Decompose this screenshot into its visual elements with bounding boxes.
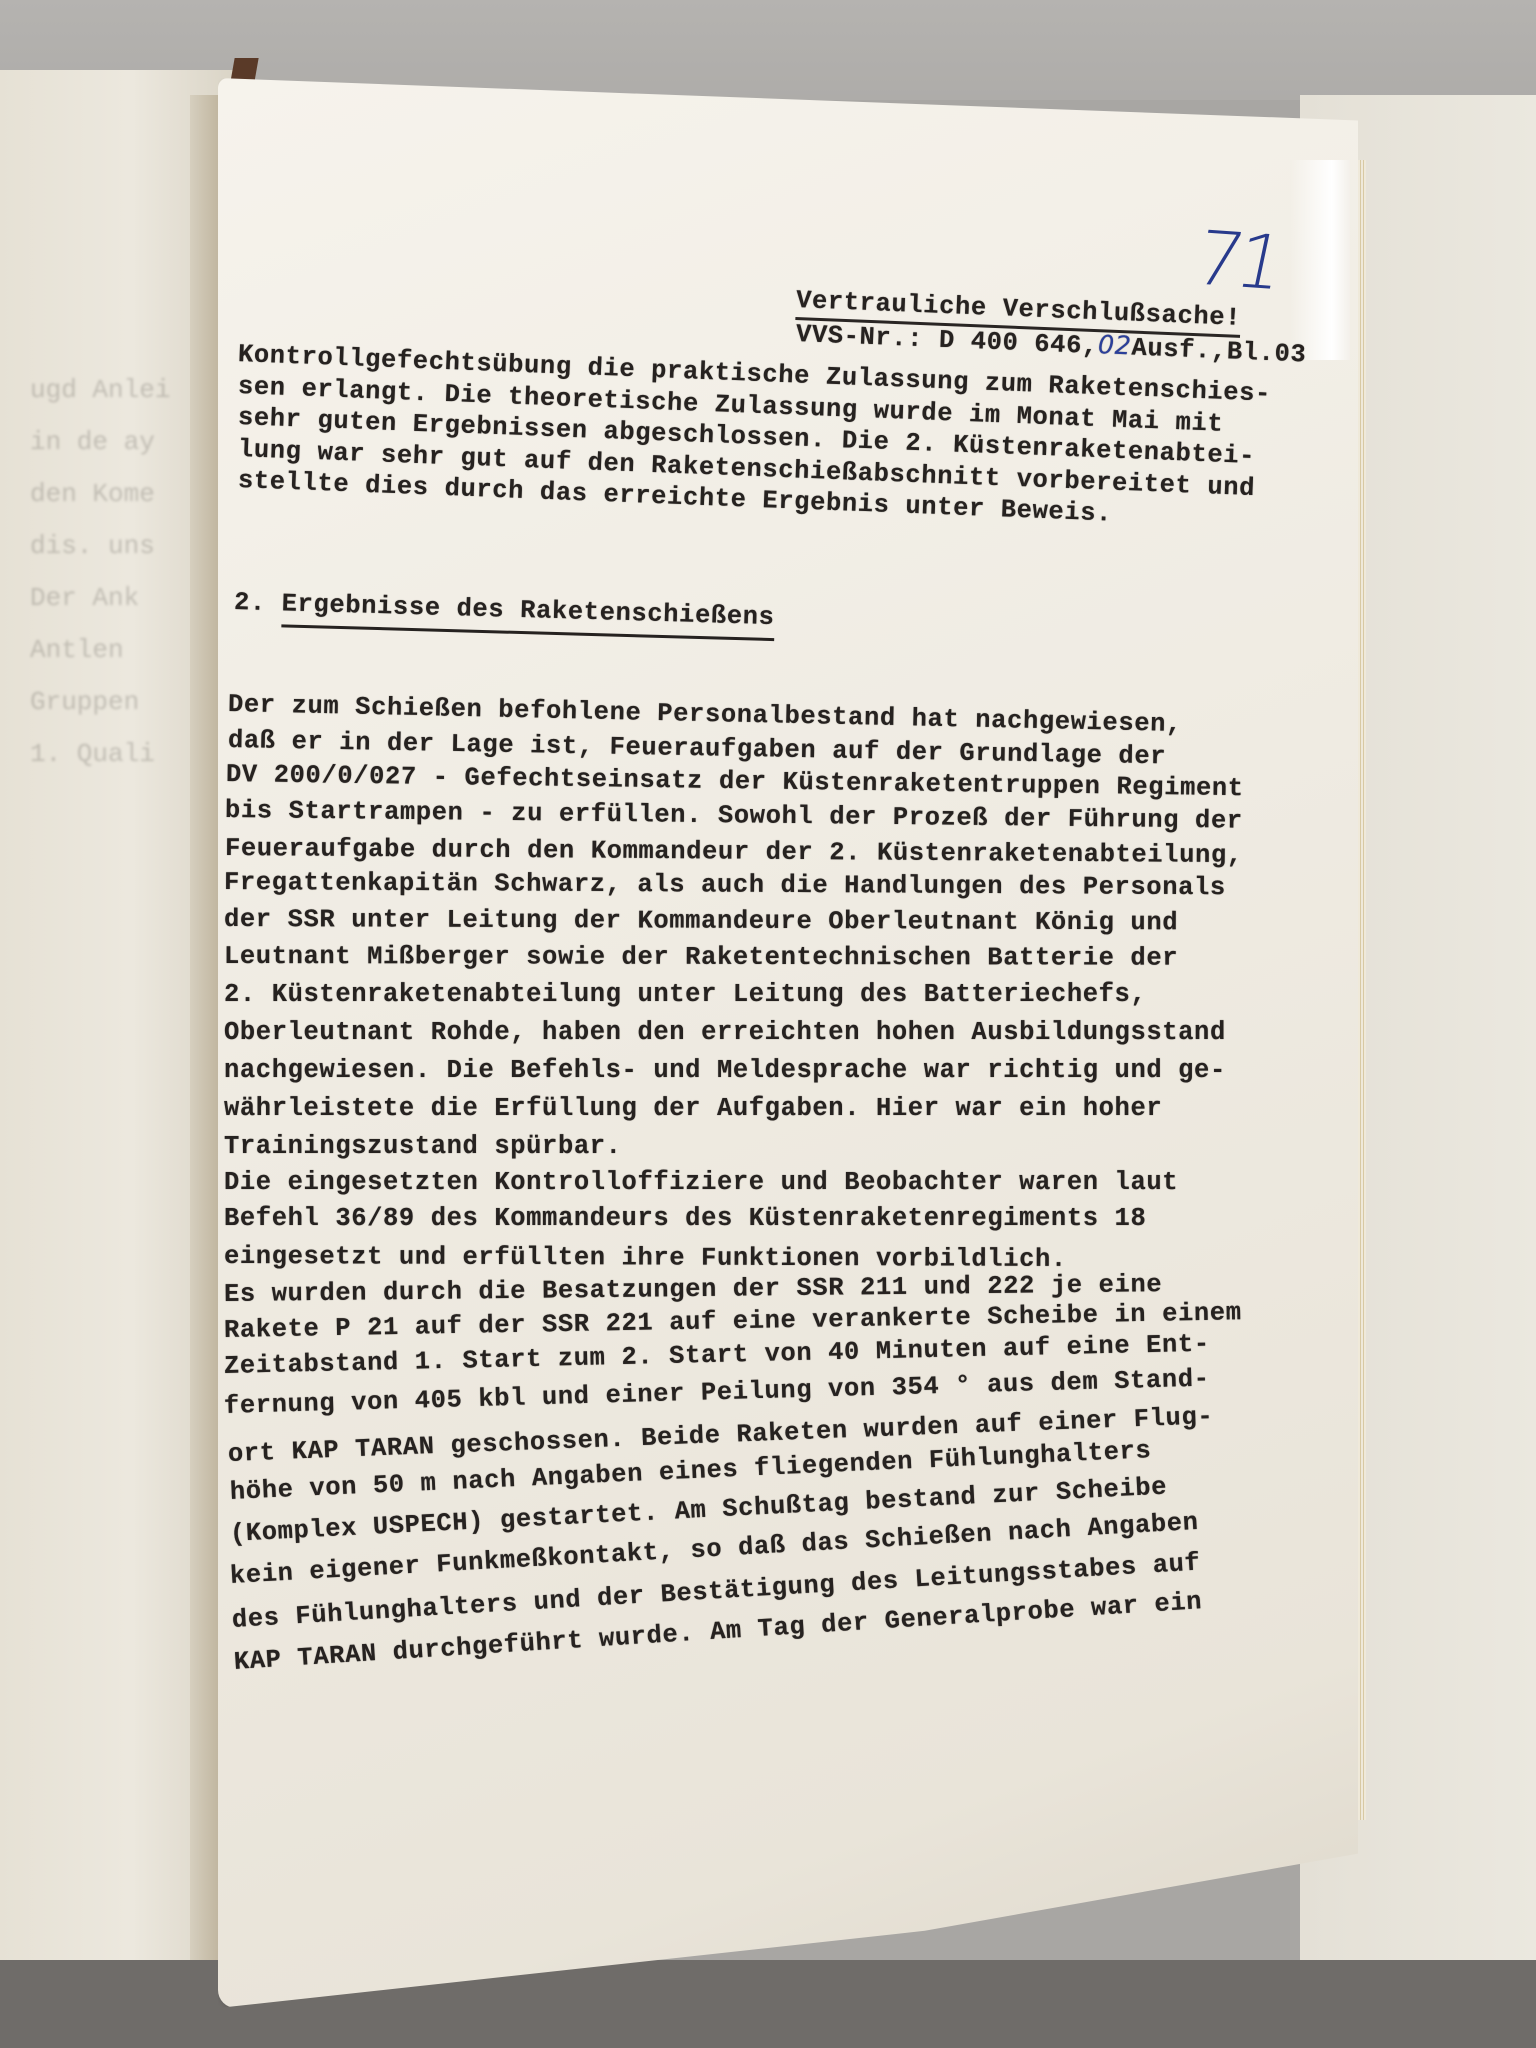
- bleed-line: Gruppen: [30, 682, 230, 722]
- page-corner-fold: [1290, 160, 1350, 360]
- bleed-line: ugd Anlei: [30, 370, 230, 410]
- text-line: Oberleutnant Rohde, haben den erreichten…: [224, 1018, 1226, 1047]
- text-line: Trainingszustand spürbar.: [224, 1132, 622, 1161]
- handwritten-copy-number: 02: [1097, 330, 1132, 361]
- text-line: Fregattenkapitän Schwarz, als auch die H…: [224, 868, 1226, 902]
- text-line: der SSR unter Leitung der Kommandeure Ob…: [224, 905, 1178, 937]
- bleed-line: dis. uns: [30, 526, 230, 566]
- section-number: 2.: [234, 588, 267, 618]
- text-line: eingesetzt und erfüllten ihre Funktionen…: [224, 1242, 1067, 1274]
- bleed-line: Der Ank: [30, 578, 230, 618]
- bleed-line: in de ay: [30, 422, 230, 462]
- text-line: 2. Küstenraketenabteilung unter Leitung …: [224, 980, 1146, 1009]
- bleed-line: 1. Quali: [30, 734, 230, 774]
- bleed-line: Antlen: [30, 630, 230, 670]
- text-line: Die eingesetzten Kontrolloffiziere und B…: [224, 1168, 1178, 1197]
- text-line: währleistete die Erfüllung der Aufgaben.…: [224, 1094, 1162, 1123]
- bleed-line: den Kome: [30, 474, 230, 514]
- text-line: Leutnant Mißberger sowie der Raketentech…: [224, 942, 1178, 973]
- text-line: Befehl 36/89 des Kommandeurs des Küstenr…: [224, 1204, 1146, 1233]
- text-line: nachgewiesen. Die Befehls- und Meldespra…: [224, 1056, 1226, 1085]
